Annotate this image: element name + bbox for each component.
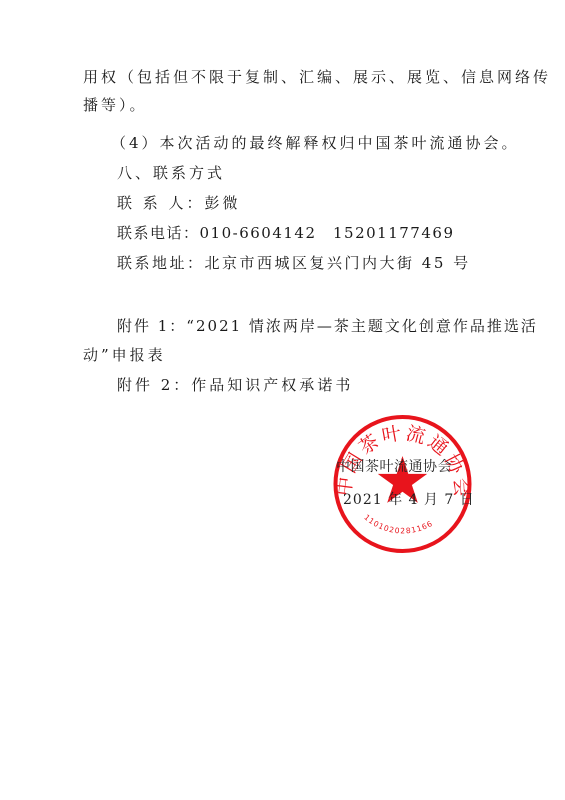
- signature-organization: 中国茶叶流通协会: [336, 458, 452, 476]
- official-seal: 中国茶叶流通协会 1101020281166: [330, 412, 475, 557]
- document-page: 用权（包括但不限于复制、汇编、展示、展览、信息网络传 播等）。 （4）本次活动的…: [0, 0, 565, 800]
- clause-4: （4）本次活动的最终解释权归中国茶叶流通协会。: [111, 133, 520, 153]
- paragraph-usage-rights-line2: 播等）。: [83, 95, 148, 115]
- contact-person: 联 系 人：彭微: [117, 193, 241, 213]
- contact-address: 联系地址：北京市西城区复兴门内大街 45 号: [117, 253, 471, 273]
- seal-serial-number: 1101020281166: [362, 513, 434, 536]
- contact-phone: 联系电话：010-6604142 15201177469: [117, 223, 454, 243]
- paragraph-usage-rights-line1: 用权（包括但不限于复制、汇编、展示、展览、信息网络传: [83, 67, 551, 87]
- signature-date: 2021 年 4 月 7 日: [343, 491, 475, 509]
- attachment-1-line2: 动”申报表: [83, 345, 166, 365]
- attachment-1-line1: 附件 1：“2021 情浓两岸—茶主题文化创意作品推选活: [117, 316, 538, 336]
- attachment-2: 附件 2：作品知识产权承诺书: [117, 375, 353, 395]
- section-heading-contact: 八、联系方式: [117, 163, 225, 183]
